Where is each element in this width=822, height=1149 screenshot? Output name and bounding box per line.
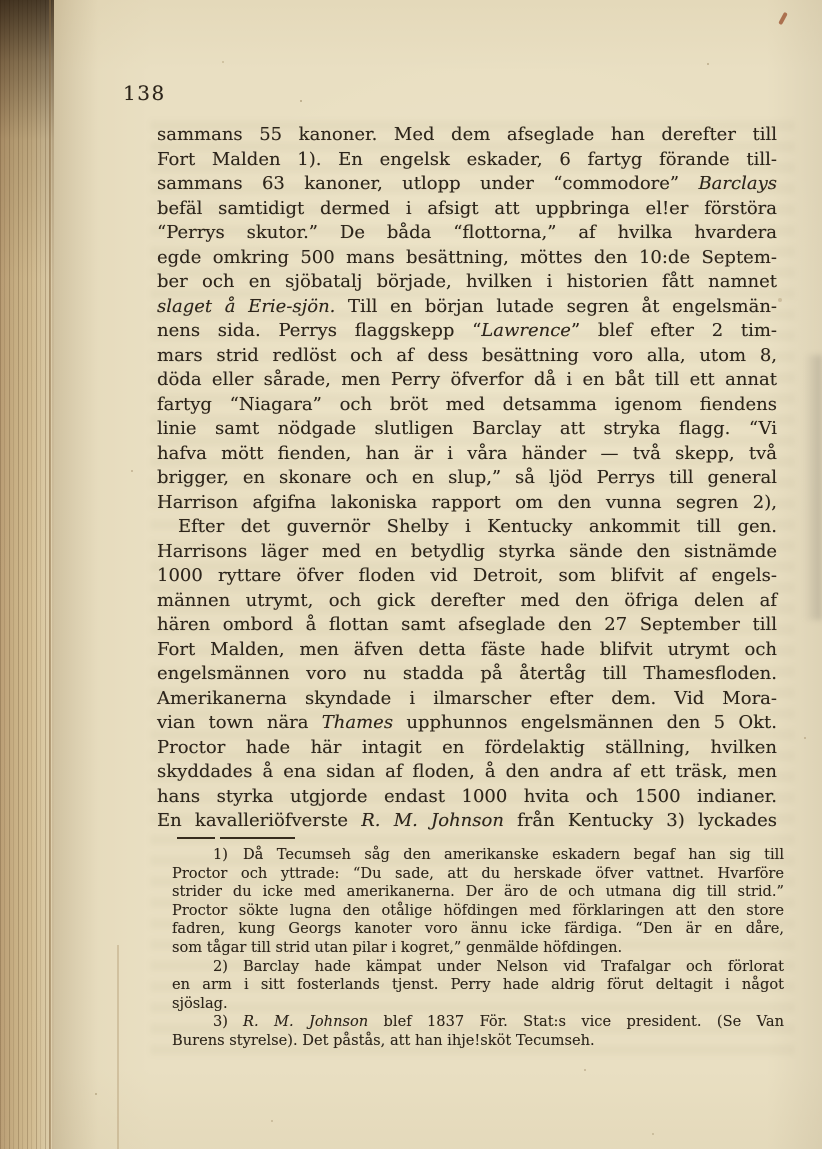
text-line: Fort Malden 1). En engelsk eskader, 6 fa… xyxy=(157,148,777,173)
book-page-scan: 138 sammans 55 kanoner. Med dem afseglad… xyxy=(0,0,822,1149)
book-gutter-edge xyxy=(0,0,54,1149)
text-line: “Perrys skutor.” De båda “flottorna,” af… xyxy=(157,221,777,246)
text-line: Harrison afgifna lakoniska rapport om de… xyxy=(157,491,777,516)
text-line: 3)R. M. Johnson blef 1837 För. Stat:s vi… xyxy=(172,1013,784,1032)
text-line: 1)Då Tecumseh såg den amerikanske eskade… xyxy=(172,846,784,865)
text-line: döda eller sårade, men Perry öfverfor då… xyxy=(157,368,777,393)
ink-mark xyxy=(778,12,788,25)
text-line: skyddades å ena sidan af floden, å den a… xyxy=(157,760,777,785)
text-line: Amerikanerna skyndade i ilmarscher efter… xyxy=(157,687,777,712)
footnote-separator xyxy=(177,837,295,839)
text-line: ber och en sjöbatalj började, hvilken i … xyxy=(157,270,777,295)
text-line: männen utrymt, och gick derefter med den… xyxy=(157,589,777,614)
text-line: mars strid redlöst och af dess besättnin… xyxy=(157,344,777,369)
text-line: sammans 55 kanoner. Med dem afseglade ha… xyxy=(157,123,777,148)
text-line: Proctor hade här intagit en fördelaktig … xyxy=(157,736,777,761)
scan-smudge xyxy=(804,355,822,620)
text-line: Harrisons läger med en betydlig styrka s… xyxy=(157,540,777,565)
text-line: Proctor sökte lugna den otålige höfdinge… xyxy=(172,902,784,921)
text-line: nens sida. Perrys flaggskepp “Lawrence” … xyxy=(157,319,777,344)
text-line: hans styrka utgjorde endast 1000 hvita o… xyxy=(157,785,777,810)
text-line: som tågar till strid utan pilar i kogret… xyxy=(172,939,784,958)
text-line: befäl samtidigt dermed i afsigt att uppb… xyxy=(157,197,777,222)
gutter-shadow xyxy=(52,0,98,1149)
text-line: brigger, en skonare och en slup,” så ljö… xyxy=(157,466,777,491)
text-line: Proctor och yttrade: “Du sade, att du he… xyxy=(172,865,784,884)
paper-speckles xyxy=(0,0,2,2)
page-number: 138 xyxy=(123,81,166,105)
text-line: fadren, kung Georgs kanoter voro ännu ic… xyxy=(172,920,784,939)
text-line: En kavalleriöfverste R. M. Johnson från … xyxy=(157,809,777,834)
text-line: slaget å Erie-sjön. Till en början lutad… xyxy=(157,295,777,320)
text-line: engelsmännen voro nu stadda på återtåg t… xyxy=(157,662,777,687)
page-edge-line xyxy=(49,0,51,1149)
main-text-block: sammans 55 kanoner. Med dem afseglade ha… xyxy=(157,123,777,834)
page-fan-line xyxy=(117,945,119,1149)
text-line: hafva mött fienden, han är i våra händer… xyxy=(157,442,777,467)
text-line: linie samt nödgade slutligen Barclay att… xyxy=(157,417,777,442)
text-line: Burens styrelse). Det påstås, att han ih… xyxy=(172,1032,784,1051)
text-line: Fort Malden, men äfven detta fäste hade … xyxy=(157,638,777,663)
text-line: fartyg “Niagara” och bröt med detsamma i… xyxy=(157,393,777,418)
text-line: strider du icke med amerikanerna. Der är… xyxy=(172,883,784,902)
footnotes-block: 1)Då Tecumseh såg den amerikanske eskade… xyxy=(172,846,784,1051)
text-line: Efter det guvernör Shelby i Kentucky ank… xyxy=(157,515,777,540)
text-line: egde omkring 500 mans besättning, möttes… xyxy=(157,246,777,271)
text-line: 2)Barclay hade kämpat under Nelson vid T… xyxy=(172,958,784,977)
text-line: sjöslag. xyxy=(172,995,784,1014)
text-line: 1000 ryttare öfver floden vid Detroit, s… xyxy=(157,564,777,589)
text-line: en arm i sitt fosterlands tjenst. Perry … xyxy=(172,976,784,995)
text-line: hären ombord å flottan samt afseglade de… xyxy=(157,613,777,638)
text-line: sammans 63 kanoner, utlopp under “commod… xyxy=(157,172,777,197)
text-line: vian town nära Thames upphunnos engelsmä… xyxy=(157,711,777,736)
